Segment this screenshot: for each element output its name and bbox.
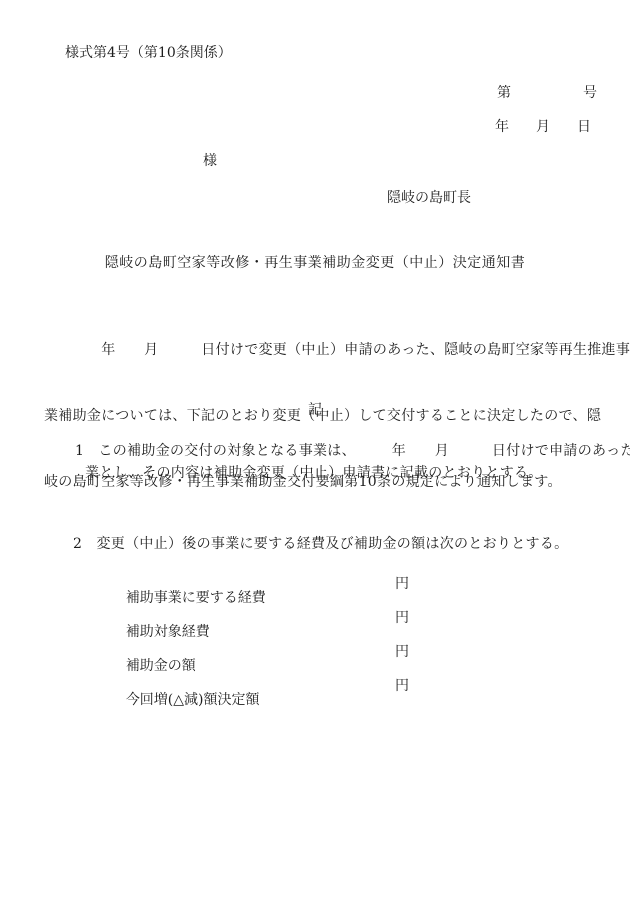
addressee-honorific: 様 bbox=[203, 154, 217, 168]
amount-row-label: 補助金の額 bbox=[126, 658, 196, 674]
doc-number-line: 第 号 bbox=[497, 86, 597, 100]
amount-row-change-amount: 今回増(△減)額決定額 円 bbox=[108, 679, 568, 735]
item2-line: 2 変更（中止）後の事業に要する経費及び補助金の額は次のとおりとする。 bbox=[73, 537, 568, 551]
date-month-label: 月 bbox=[536, 120, 550, 134]
document-page: 様式第4号（第10条関係） 第 号 年 月 日 様 隠岐の島町長 隠岐の島町空家… bbox=[0, 0, 630, 903]
record-marker: 記 bbox=[0, 403, 630, 417]
date-day-label: 日 bbox=[577, 120, 591, 134]
amount-row-unit: 円 bbox=[395, 611, 409, 625]
doc-number-prefix: 第 bbox=[497, 86, 511, 100]
amount-row-unit: 円 bbox=[395, 679, 409, 693]
item1-line: 業とし、その内容は補助金変更（中止）申請書に記載のとおりとする。 bbox=[85, 466, 543, 480]
doc-number-suffix: 号 bbox=[583, 86, 597, 100]
amount-row-unit: 円 bbox=[395, 645, 409, 659]
amount-row-label: 今回増(△減)額決定額 bbox=[126, 692, 260, 708]
date-line: 年 月 日 bbox=[495, 120, 591, 134]
amount-row-label: 補助対象経費 bbox=[126, 624, 210, 640]
body-paragraph-line: 年 月 日付けで変更（中止）申請のあった、隠岐の島町空家等再生推進事 bbox=[44, 339, 592, 361]
item1-line: 1 この補助金の交付の対象となる事業は、 年 月 日付けで申請のあった事 bbox=[75, 444, 630, 458]
date-year-label: 年 bbox=[495, 120, 509, 134]
amount-row-label: 補助事業に要する経費 bbox=[126, 590, 266, 606]
document-title: 隠岐の島町空家等改修・再生事業補助金変更（中止）決定通知書 bbox=[0, 256, 630, 270]
sender-title: 隠岐の島町長 bbox=[387, 191, 471, 205]
form-number: 様式第4号（第10条関係） bbox=[65, 46, 232, 60]
amount-row-unit: 円 bbox=[395, 577, 409, 591]
